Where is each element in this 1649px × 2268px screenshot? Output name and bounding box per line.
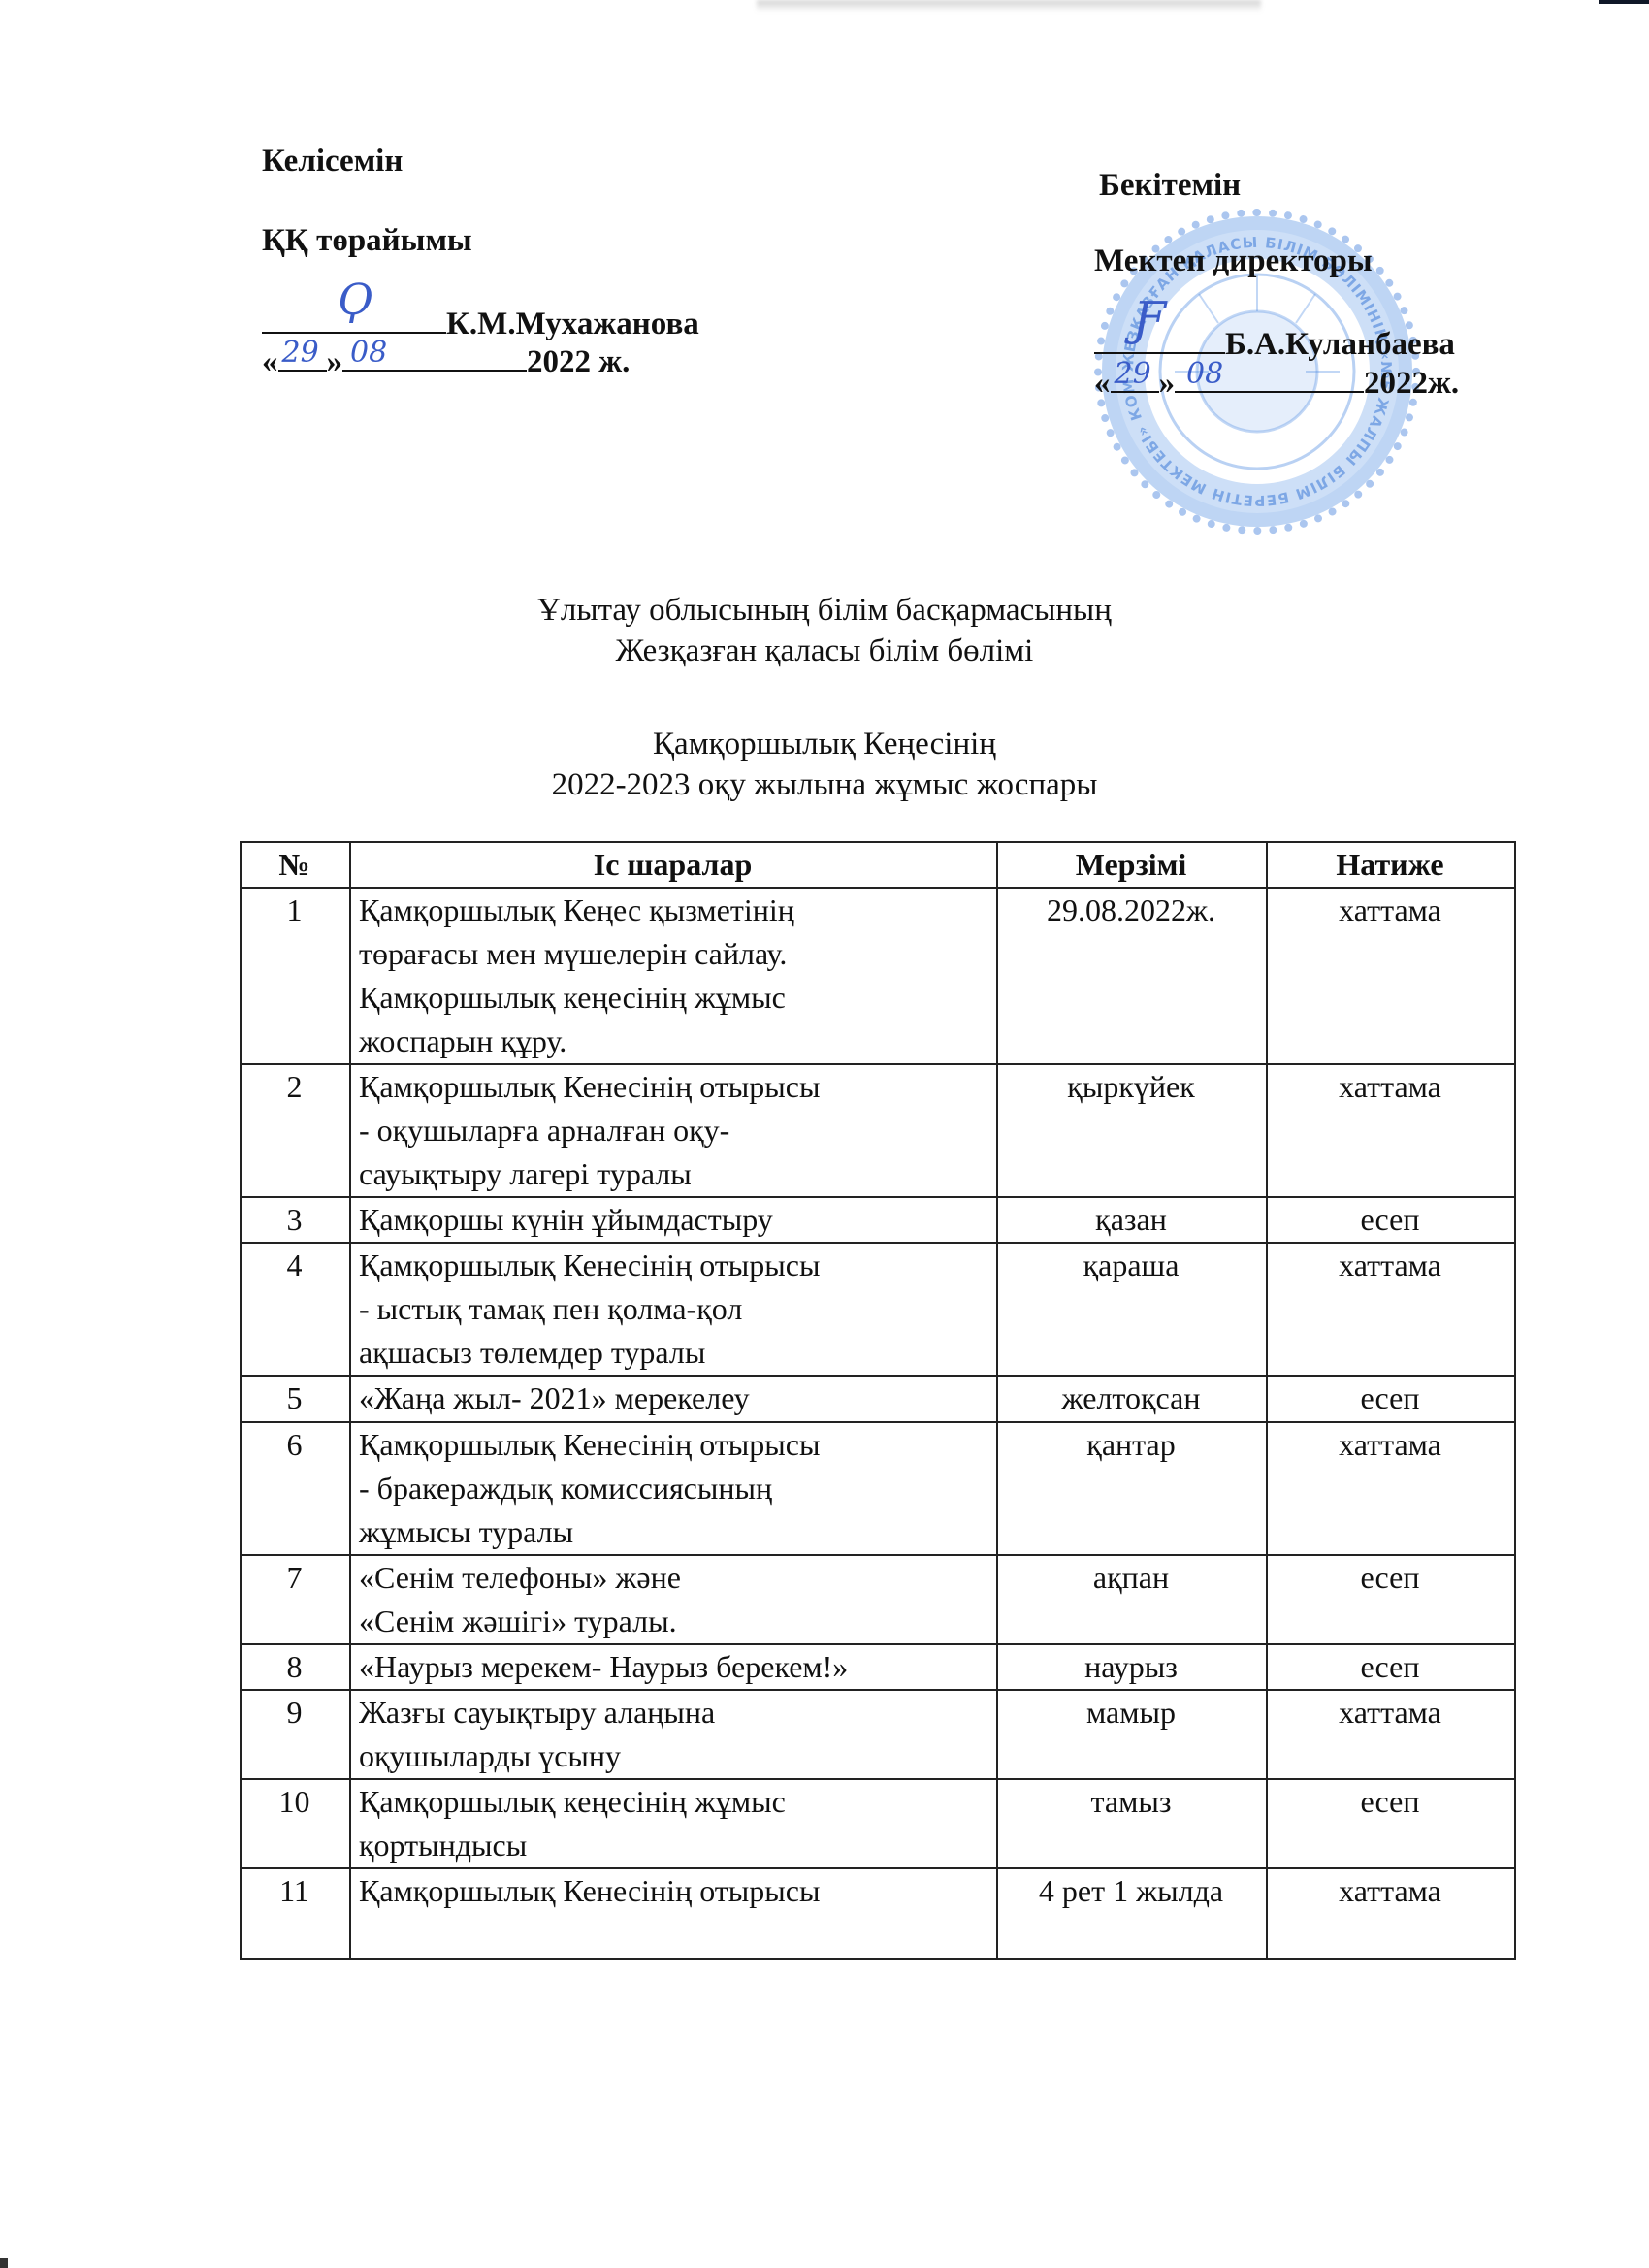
- approval-signature-line: Ƒ Б.А.Куланбаева: [1094, 325, 1455, 361]
- row-result: хаттама: [1267, 1690, 1515, 1779]
- table-row: 10Қамқоршылық кеңесінің жұмыс қортындысы…: [241, 1779, 1515, 1868]
- table-row: 5«Жаңа жыл- 2021» мерекелеужелтоқсанесеп: [241, 1376, 1515, 1422]
- date-day-handwritten: 29: [1115, 360, 1151, 389]
- scan-artifact-top: [757, 0, 1261, 12]
- table-header-row: № Іс шаралар Мерзімі Натиже: [241, 842, 1515, 888]
- date-month-handwritten: 08: [350, 339, 387, 368]
- row-term: қазан: [997, 1197, 1267, 1243]
- row-term: желтоқсан: [997, 1376, 1267, 1422]
- row-term: мамыр: [997, 1690, 1267, 1779]
- row-number: 1: [241, 888, 350, 1064]
- row-result: хаттама: [1267, 1422, 1515, 1555]
- signer-name: К.М.Мухажанова: [446, 307, 699, 341]
- row-number: 7: [241, 1555, 350, 1644]
- date-month-handwritten: 08: [1186, 360, 1223, 389]
- row-number: 11: [241, 1868, 350, 1959]
- table-row: 1Қамқоршылық Кеңес қызметінің төрағасы м…: [241, 888, 1515, 1064]
- row-activity: «Сенім телефоны» және «Сенім жәшігі» тур…: [350, 1555, 997, 1644]
- row-activity: «Наурыз мерекем- Наурыз берекем!»: [350, 1644, 997, 1690]
- row-activity: Қамқоршылық Кенесінің отырысы - бракераж…: [350, 1422, 997, 1555]
- row-activity: Қамқоршылық кеңесінің жұмыс қортындысы: [350, 1779, 997, 1868]
- row-term: қантар: [997, 1422, 1267, 1555]
- work-plan-table: № Іс шаралар Мерзімі Натиже 1Қамқоршылық…: [240, 841, 1516, 1960]
- row-result: есеп: [1267, 1644, 1515, 1690]
- row-number: 6: [241, 1422, 350, 1555]
- row-number: 2: [241, 1064, 350, 1197]
- row-number: 10: [241, 1779, 350, 1868]
- row-number: 3: [241, 1197, 350, 1243]
- header-activities: Іс шаралар: [350, 842, 997, 888]
- row-term: тамыз: [997, 1779, 1267, 1868]
- agreement-signature-line: Ϙ К.М.Мухажанова: [262, 305, 699, 340]
- row-result: есеп: [1267, 1779, 1515, 1868]
- row-term: қараша: [997, 1243, 1267, 1376]
- row-number: 8: [241, 1644, 350, 1690]
- date-year: 2022 ж.: [527, 344, 630, 379]
- signature-field: Ƒ: [1094, 325, 1225, 354]
- plan-title: Қамқоршылық Кеңесінің 2022-2023 оқу жылы…: [0, 724, 1649, 805]
- table-row: 8 «Наурыз мерекем- Наурыз берекем!»науры…: [241, 1644, 1515, 1690]
- row-term: ақпан: [997, 1555, 1267, 1644]
- date-year: 2022ж.: [1364, 366, 1459, 401]
- approval-date: «29»082022ж.: [1094, 364, 1459, 400]
- plan-title-line-1: Қамқоршылық Кеңесінің: [0, 724, 1649, 764]
- row-term: наурыз: [997, 1644, 1267, 1690]
- table-row: 11Қамқоршылық Кенесінің отырысы4 рет 1 ж…: [241, 1868, 1515, 1959]
- agreement-position: ҚҚ төрайымы: [262, 225, 472, 257]
- row-activity: «Жаңа жыл- 2021» мерекелеу: [350, 1376, 997, 1422]
- agreement-title: Келісемін: [262, 146, 403, 178]
- header-result: Натиже: [1267, 842, 1515, 888]
- plan-title-line-2: 2022-2023 оқу жылына жұмыс жоспары: [0, 764, 1649, 805]
- organization-heading: Ұлытау облысының білім басқармасының Жез…: [0, 590, 1649, 671]
- row-number: 5: [241, 1376, 350, 1422]
- table-row: 2Қамқоршылық Кенесінің отырысы - оқушыла…: [241, 1064, 1515, 1197]
- date-day-handwritten: 29: [282, 339, 319, 368]
- row-activity: Қамқоршы күнін ұйымдастыру: [350, 1197, 997, 1243]
- table-row: 7«Сенім телефоны» және «Сенім жәшігі» ту…: [241, 1555, 1515, 1644]
- signature-field: Ϙ: [262, 305, 446, 334]
- scan-corner-mark: [0, 2258, 8, 2268]
- row-activity: Қамқоршылық Кенесінің отырысы: [350, 1868, 997, 1959]
- agreement-date: «29»082022 ж.: [262, 342, 630, 378]
- table-row: 9Жазғы сауықтыру алаңына оқушыларды үсын…: [241, 1690, 1515, 1779]
- table-row: 4Қамқоршылық Кенесінің отырысы - ыстық т…: [241, 1243, 1515, 1376]
- row-result: есеп: [1267, 1555, 1515, 1644]
- signature-icon: Ƒ: [1133, 296, 1165, 342]
- row-result: хаттама: [1267, 888, 1515, 1064]
- row-result: хаттама: [1267, 1243, 1515, 1376]
- signer-name: Б.А.Куланбаева: [1225, 327, 1455, 362]
- table-row: 3 Қамқоршы күнін ұйымдастыруқазанесеп: [241, 1197, 1515, 1243]
- row-result: хаттама: [1267, 1064, 1515, 1197]
- row-term: 29.08.2022ж.: [997, 888, 1267, 1064]
- row-activity: Қамқоршылық Кенесінің отырысы - ыстық та…: [350, 1243, 997, 1376]
- row-activity: Қамқоршылық Кеңес қызметінің төрағасы ме…: [350, 888, 997, 1064]
- approval-title: Бекітемін: [1099, 170, 1241, 202]
- approval-position: Мектеп директоры: [1094, 245, 1373, 277]
- table-row: 6Қамқоршылық Кенесінің отырысы - бракера…: [241, 1422, 1515, 1555]
- header-number: №: [241, 842, 350, 888]
- row-number: 4: [241, 1243, 350, 1376]
- header-term: Мерзімі: [997, 842, 1267, 888]
- row-term: 4 рет 1 жылда: [997, 1868, 1267, 1959]
- row-term: қыркүйек: [997, 1064, 1267, 1197]
- row-activity: Жазғы сауықтыру алаңына оқушыларды үсыну: [350, 1690, 997, 1779]
- organization-line-2: Жезқазған қаласы білім бөлімі: [0, 631, 1649, 671]
- organization-line-1: Ұлытау облысының білім басқармасының: [0, 590, 1649, 631]
- row-result: есеп: [1267, 1376, 1515, 1422]
- row-activity: Қамқоршылық Кенесінің отырысы - оқушылар…: [350, 1064, 997, 1197]
- scan-corner-mark: [1599, 0, 1649, 4]
- row-number: 9: [241, 1690, 350, 1779]
- row-result: есеп: [1267, 1197, 1515, 1243]
- row-result: хаттама: [1267, 1868, 1515, 1959]
- signature-icon: Ϙ: [338, 279, 372, 322]
